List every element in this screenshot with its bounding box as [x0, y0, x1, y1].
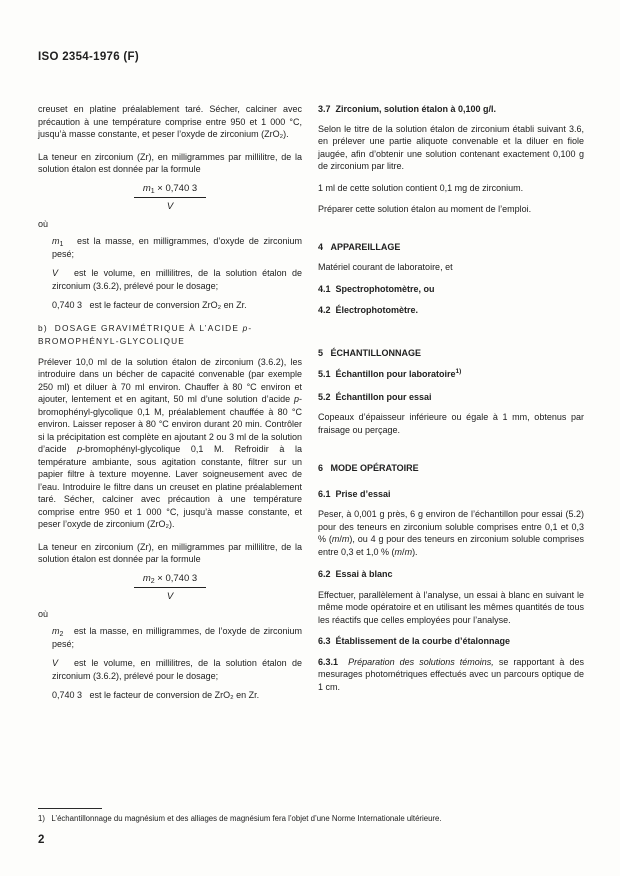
footnote-1: 1) L’échantillonnage du magnésium et des…: [38, 814, 583, 824]
definition-factor-2: 0,740 3 est le facteur de conversion de …: [52, 689, 302, 702]
paragraph-teneur-formule-1: La teneur en zirconium (Zr), en milligra…: [38, 151, 302, 176]
definition-v2: V est le volume, en millilitres, de la s…: [52, 657, 302, 682]
heading-5-2-echantillon-essai: 5.2 Échantillon pour essai: [318, 391, 584, 404]
paragraph-3-7-concentration: 1 ml de cette solution contient 0,1 mg d…: [318, 182, 584, 195]
footnote-separator-rule: [38, 808, 102, 809]
paragraph-6-3-1-solutions-temoins: 6.3.1 Préparation des solutions témoins,…: [318, 656, 584, 694]
heading-dosage-gravimetrique: b) DOSAGE GRAVIMÉTRIQUE À L’ACIDE p-BROM…: [38, 322, 302, 348]
definition-m1: m1 est la masse, en milligrammes, d’oxyd…: [52, 235, 302, 260]
paragraph-5-2-copeaux: Copeaux d’épaisseur inférieure ou égale …: [318, 411, 584, 436]
paragraph-3-7-emploi: Préparer cette solution étalon au moment…: [318, 203, 584, 216]
formula-1-denominator: V: [134, 198, 206, 213]
right-column: 3.7 Zirconium, solution étalon à 0,100 g…: [318, 103, 584, 693]
formula-2: m2 × 0,740 3 V: [38, 572, 302, 603]
definition-m2: m2 est la masse, en milligrammes, de l’o…: [52, 625, 302, 650]
definition-factor-1: 0,740 3 est le facteur de conversion ZrO…: [52, 299, 302, 312]
paragraph-4-materiel: Matériel courant de laboratoire, et: [318, 261, 584, 274]
document-page: ISO 2354-1976 (F) creuset en platine pré…: [0, 0, 620, 876]
left-column: creuset en platine préalablement taré. S…: [38, 103, 302, 702]
formula-2-denominator: V: [134, 588, 206, 603]
where-label-1: où: [38, 218, 302, 231]
paragraph-3-7-preparation: Selon le titre de la solution étalon de …: [318, 123, 584, 173]
page-number: 2: [38, 834, 44, 846]
paragraph-teneur-formule-2: La teneur en zirconium (Zr), en milligra…: [38, 541, 302, 566]
heading-5-echantillonnage: 5 ÉCHANTILLONNAGE: [318, 347, 584, 360]
paragraph-6-1-peser: Peser, à 0,001 g près, 6 g environ de l’…: [318, 508, 584, 558]
paragraph-calcination: creuset en platine préalablement taré. S…: [38, 103, 302, 141]
heading-6-2-essai-blanc: 6.2 Essai à blanc: [318, 568, 584, 581]
heading-4-2-electrophotometre: 4.2 Électrophotomètre.: [318, 304, 584, 317]
where-label-2: où: [38, 608, 302, 621]
heading-6-3-courbe-etalonnage: 6.3 Établissement de la courbe d’étalonn…: [318, 635, 584, 648]
formula-1: m1 × 0,740 3 V: [38, 182, 302, 213]
formula-1-numerator: m1 × 0,740 3: [134, 182, 206, 198]
fraction: m2 × 0,740 3 V: [134, 572, 206, 603]
heading-4-1-spectrophotometre: 4.1 Spectrophotomètre, ou: [318, 283, 584, 296]
document-reference: ISO 2354-1976 (F): [38, 51, 139, 63]
formula-2-numerator: m2 × 0,740 3: [134, 572, 206, 588]
heading-3-7-zirconium: 3.7 Zirconium, solution étalon à 0,100 g…: [318, 103, 584, 116]
paragraph-mode-operatoire-gravimetrique: Prélever 10,0 ml de la solution étalon d…: [38, 356, 302, 531]
fraction: m1 × 0,740 3 V: [134, 182, 206, 213]
heading-6-1-prise-essai: 6.1 Prise d’essai: [318, 488, 584, 501]
heading-5-1-echantillon-laboratoire: 5.1 Échantillon pour laboratoire1): [318, 368, 584, 381]
paragraph-6-2-effectuer: Effectuer, parallèlement à l’analyse, un…: [318, 589, 584, 627]
heading-6-mode-operatoire: 6 MODE OPÉRATOIRE: [318, 462, 584, 475]
definition-v1: V est le volume, en millilitres, de la s…: [52, 267, 302, 292]
heading-4-appareillage: 4 APPAREILLAGE: [318, 241, 584, 254]
